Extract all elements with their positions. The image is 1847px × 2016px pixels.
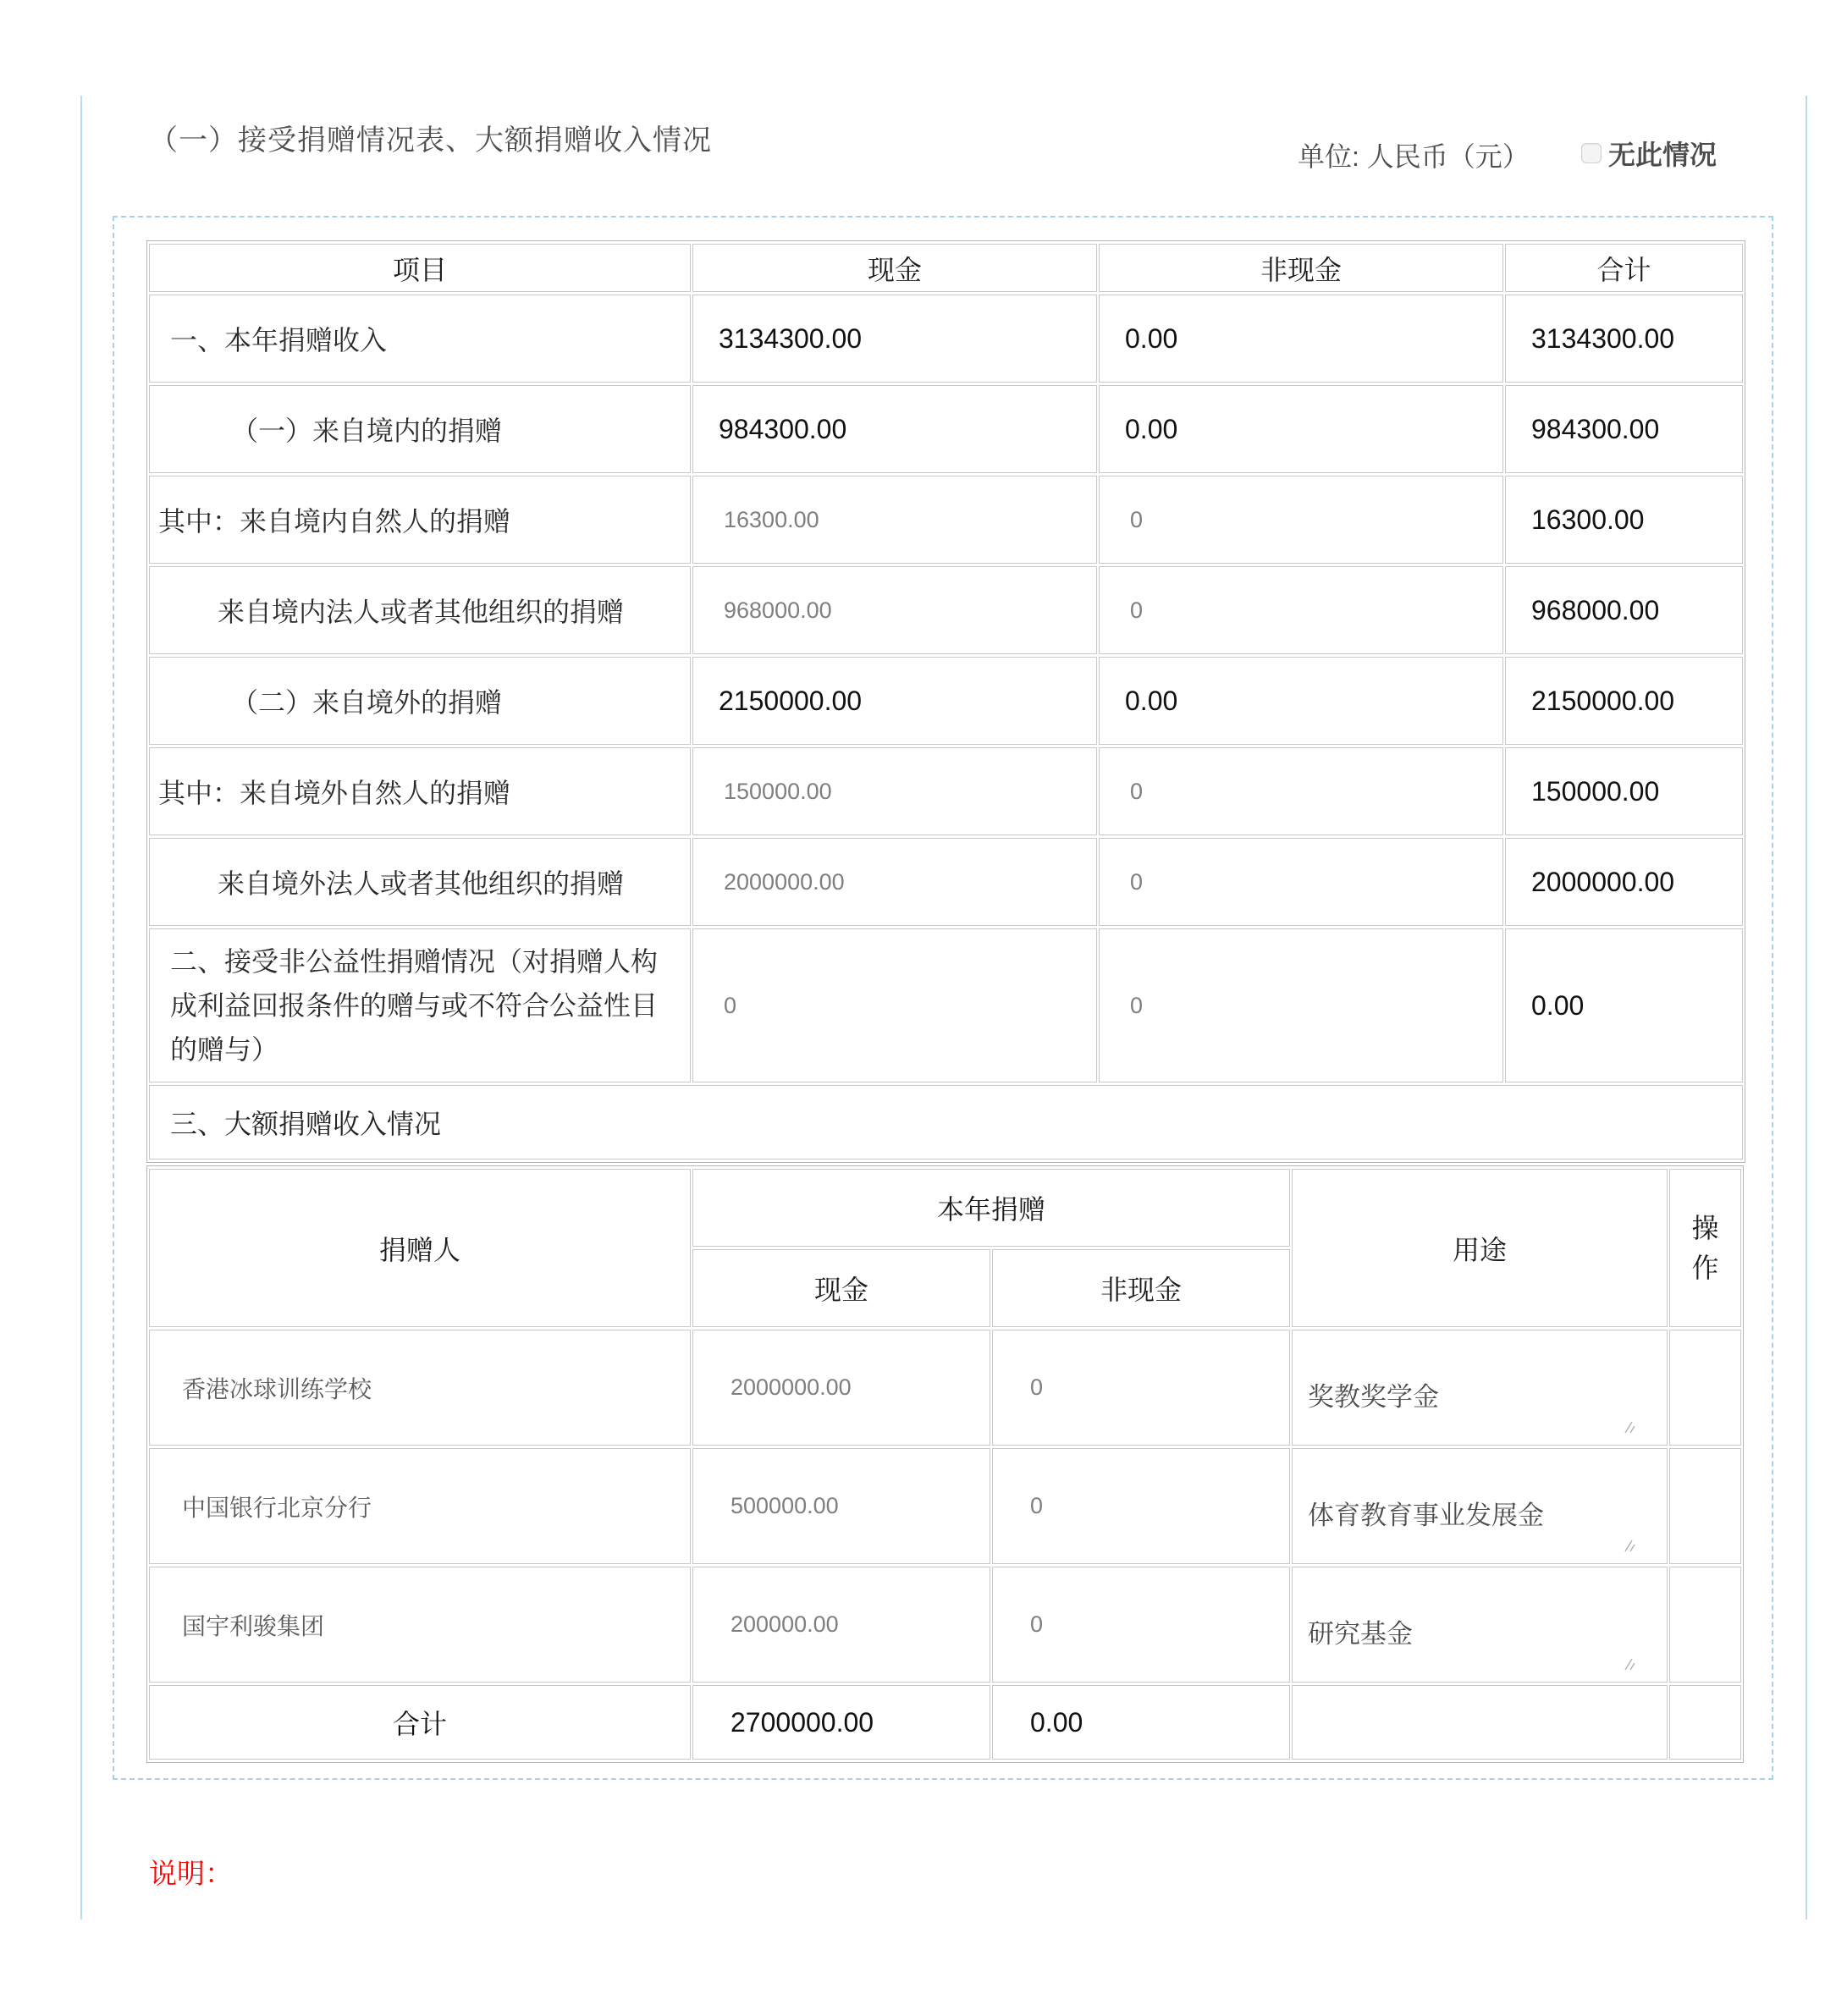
section-header-row: 三、大额捐赠收入情况 (149, 1085, 1743, 1159)
usage-textarea[interactable]: 体育教育事业发展金 (1292, 1448, 1668, 1564)
table-header-row: 捐赠人 本年捐赠 用途 操作 (149, 1169, 1741, 1247)
table-row: 其中：来自境内自然人的捐赠 16300.00 0 16300.00 (149, 476, 1743, 564)
noncash-value: 0.00 (1099, 295, 1503, 383)
table-row: （一）来自境内的捐赠 984300.00 0.00 984300.00 (149, 385, 1743, 473)
cash-input[interactable]: 0 (692, 928, 1097, 1082)
resize-grip-icon[interactable] (1621, 1419, 1636, 1435)
noncash-input[interactable]: 0 (1099, 747, 1503, 835)
row-label: 来自境内法人或者其他组织的捐赠 (149, 566, 691, 654)
noncash-input[interactable]: 0 (992, 1567, 1290, 1683)
usage-textarea[interactable]: 研究基金 (1292, 1567, 1668, 1683)
total-usage-cell (1292, 1685, 1668, 1760)
col-header-year-donation: 本年捐赠 (692, 1169, 1290, 1247)
cash-value: 984300.00 (692, 385, 1097, 473)
donor-row: 国宇利骏集团 200000.00 0 研究基金 (149, 1567, 1741, 1683)
section-label: 三、大额捐赠收入情况 (149, 1085, 1743, 1159)
col-header-noncash: 非现金 (992, 1249, 1290, 1327)
total-label: 合计 (149, 1685, 691, 1760)
no-situation-label: 无此情况 (1608, 134, 1717, 173)
table-row: 其中：来自境外自然人的捐赠 150000.00 0 150000.00 (149, 747, 1743, 835)
cash-value: 3134300.00 (692, 295, 1097, 383)
table-header-row: 项目 现金 非现金 合计 (149, 244, 1743, 292)
total-value: 984300.00 (1505, 385, 1743, 473)
cash-input[interactable]: 2000000.00 (692, 838, 1097, 926)
panel-right-border (1806, 96, 1807, 1920)
cash-input[interactable]: 200000.00 (692, 1567, 990, 1683)
col-header-donor: 捐赠人 (149, 1169, 691, 1327)
panel-left-border (80, 96, 82, 1920)
major-donations-table: 捐赠人 本年捐赠 用途 操作 现金 非现金 香港冰球训练学校 2000000.0… (146, 1165, 1744, 1763)
cash-input[interactable]: 16300.00 (692, 476, 1097, 564)
noncash-input[interactable]: 0 (1099, 476, 1503, 564)
row-label: 其中：来自境内自然人的捐赠 (149, 476, 691, 564)
donor-row: 中国银行北京分行 500000.00 0 体育教育事业发展金 (149, 1448, 1741, 1564)
row-label: 来自境外法人或者其他组织的捐赠 (149, 838, 691, 926)
no-situation-checkbox[interactable] (1581, 143, 1602, 163)
donor-name: 中国银行北京分行 (149, 1448, 691, 1564)
total-cash-value: 2700000.00 (692, 1685, 990, 1760)
noncash-input[interactable]: 0 (992, 1448, 1290, 1564)
donation-summary-table: 项目 现金 非现金 合计 一、本年捐赠收入 3134300.00 0.00 31… (146, 240, 1745, 1163)
cash-value: 2150000.00 (692, 657, 1097, 745)
total-noncash-value: 0.00 (992, 1685, 1290, 1760)
no-situation-control[interactable]: 无此情况 (1581, 134, 1717, 173)
total-row: 合计 2700000.00 0.00 (149, 1685, 1741, 1760)
cash-input[interactable]: 500000.00 (692, 1448, 990, 1564)
unit-label: 单位: 人民币（元） (1298, 135, 1530, 174)
noncash-input[interactable]: 0 (1099, 566, 1503, 654)
col-header-item: 项目 (149, 244, 691, 292)
table-row: 来自境内法人或者其他组织的捐赠 968000.00 0 968000.00 (149, 566, 1743, 654)
total-value: 16300.00 (1505, 476, 1743, 564)
cash-input[interactable]: 2000000.00 (692, 1330, 990, 1446)
page: （一）接受捐赠情况表、大额捐赠收入情况 单位: 人民币（元） 无此情况 项目 现… (0, 0, 1847, 2016)
donor-row: 香港冰球训练学校 2000000.00 0 奖教奖学金 (149, 1330, 1741, 1446)
col-header-usage: 用途 (1292, 1169, 1668, 1327)
noncash-input[interactable]: 0 (1099, 928, 1503, 1082)
col-header-cash: 现金 (692, 1249, 990, 1327)
total-action-cell (1669, 1685, 1741, 1760)
noncash-input[interactable]: 0 (992, 1330, 1290, 1446)
form-section-container: 项目 现金 非现金 合计 一、本年捐赠收入 3134300.00 0.00 31… (113, 216, 1773, 1780)
noncash-input[interactable]: 0 (1099, 838, 1503, 926)
page-title: （一）接受捐赠情况表、大额捐赠收入情况 (149, 117, 712, 158)
row-label: （二）来自境外的捐赠 (149, 657, 691, 745)
donor-name: 国宇利骏集团 (149, 1567, 691, 1683)
usage-textarea[interactable]: 奖教奖学金 (1292, 1330, 1668, 1446)
total-value: 2150000.00 (1505, 657, 1743, 745)
note-label: 说明： (149, 1852, 233, 1892)
total-value: 150000.00 (1505, 747, 1743, 835)
resize-grip-icon[interactable] (1621, 1538, 1636, 1553)
table-row: 来自境外法人或者其他组织的捐赠 2000000.00 0 2000000.00 (149, 838, 1743, 926)
table-row: 二、接受非公益性捐赠情况（对捐赠人构成利益回报条件的赠与或不符合公益性目的赠与）… (149, 928, 1743, 1082)
action-cell (1669, 1567, 1741, 1683)
table-row: （二）来自境外的捐赠 2150000.00 0.00 2150000.00 (149, 657, 1743, 745)
action-cell (1669, 1448, 1741, 1564)
col-header-action: 操作 (1669, 1169, 1741, 1327)
row-label: 一、本年捐赠收入 (149, 295, 691, 383)
noncash-value: 0.00 (1099, 385, 1503, 473)
donor-name: 香港冰球训练学校 (149, 1330, 691, 1446)
col-header-total: 合计 (1505, 244, 1743, 292)
table-row: 一、本年捐赠收入 3134300.00 0.00 3134300.00 (149, 295, 1743, 383)
total-value: 0.00 (1505, 928, 1743, 1082)
row-label: （一）来自境内的捐赠 (149, 385, 691, 473)
cash-input[interactable]: 968000.00 (692, 566, 1097, 654)
row-label: 其中：来自境外自然人的捐赠 (149, 747, 691, 835)
noncash-value: 0.00 (1099, 657, 1503, 745)
col-header-cash: 现金 (692, 244, 1097, 292)
cash-input[interactable]: 150000.00 (692, 747, 1097, 835)
row-label: 二、接受非公益性捐赠情况（对捐赠人构成利益回报条件的赠与或不符合公益性目的赠与） (149, 928, 691, 1082)
resize-grip-icon[interactable] (1621, 1656, 1636, 1672)
total-value: 3134300.00 (1505, 295, 1743, 383)
action-cell (1669, 1330, 1741, 1446)
col-header-noncash: 非现金 (1099, 244, 1503, 292)
total-value: 2000000.00 (1505, 838, 1743, 926)
total-value: 968000.00 (1505, 566, 1743, 654)
